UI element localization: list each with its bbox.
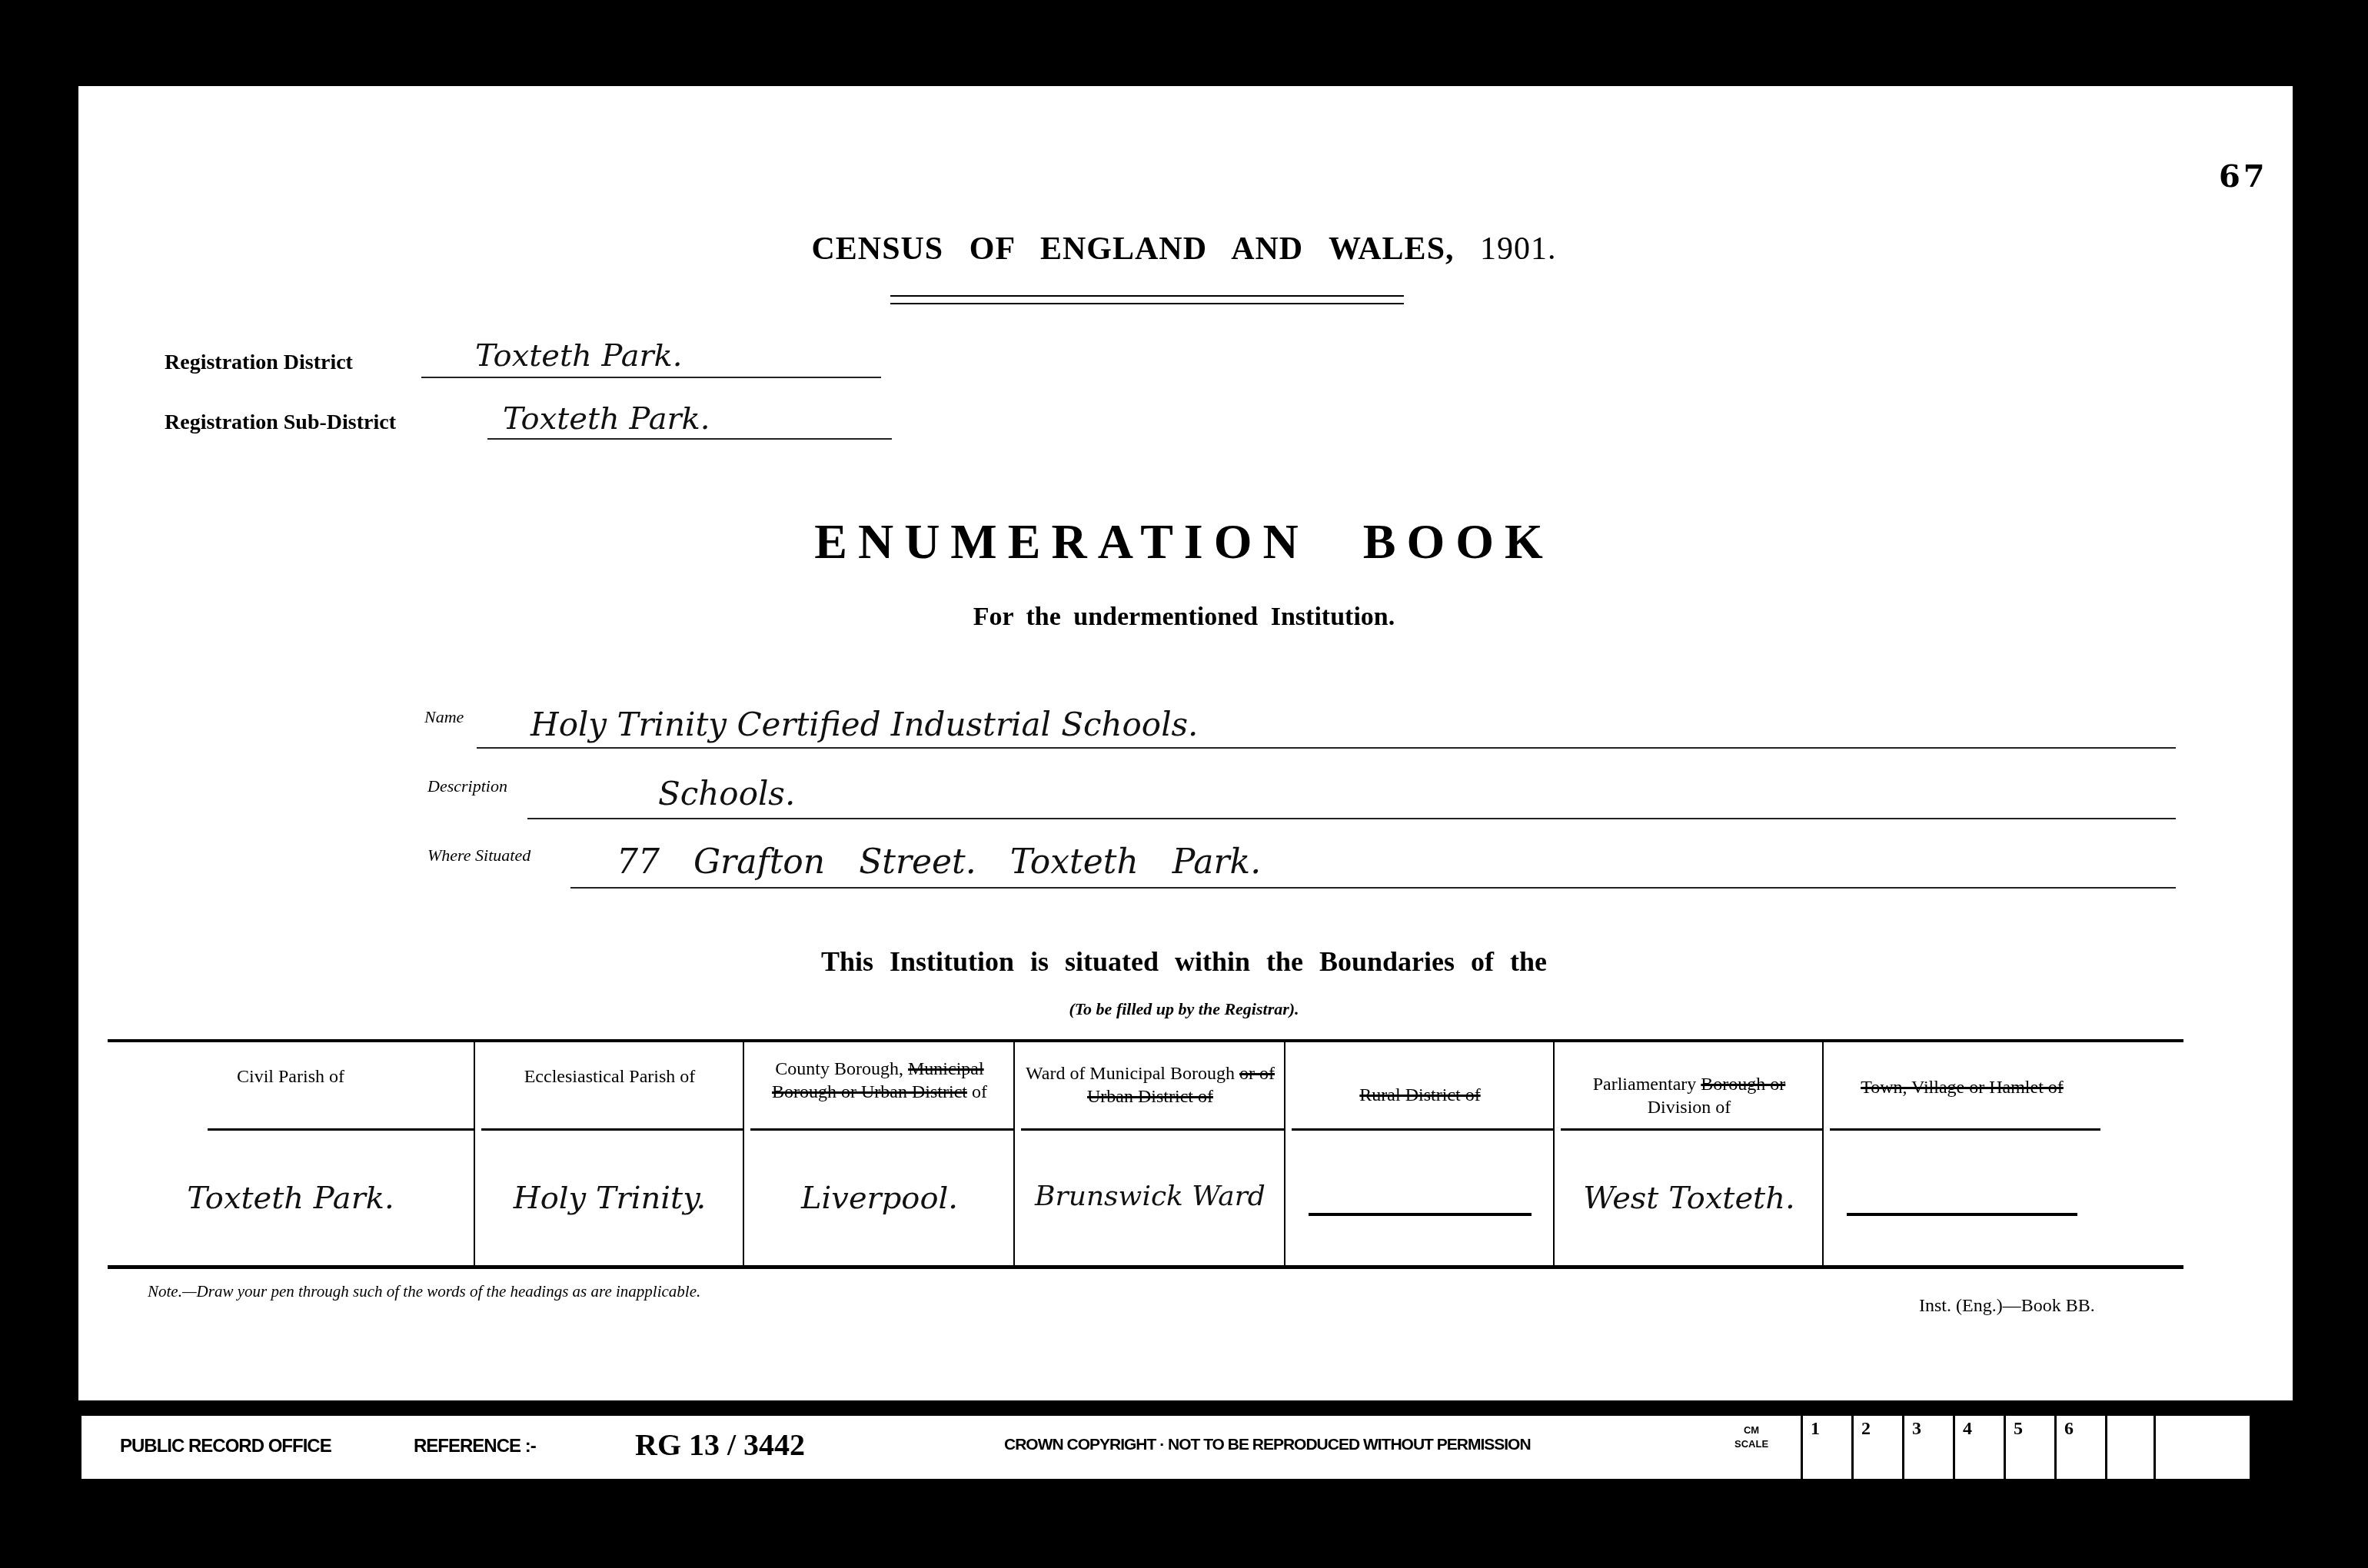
header-text: Civil Parish of: [237, 1067, 344, 1087]
table-column-rural-district: Rural District of: [1284, 1042, 1555, 1265]
column-rule: [481, 1128, 744, 1131]
table-column-parliamentary-division: Parliamentary Borough or Division of Wes…: [1553, 1042, 1824, 1265]
table-column-county-borough: County Borough, Municipal Borough or Urb…: [743, 1042, 1015, 1265]
column-header: Parliamentary Borough or Division of: [1562, 1073, 1816, 1119]
title-rule: [890, 295, 1404, 297]
table-column-ecclesiastical-parish: Ecclesiastical Parish of Holy Trinity.: [474, 1042, 744, 1265]
page-number: 67: [2219, 158, 2268, 194]
census-year: 1901.: [1480, 231, 1557, 267]
scale-mark-5: 5: [2004, 1416, 2054, 1479]
census-title: CENSUS OF ENGLAND AND WALES, 1901.: [0, 231, 2368, 267]
footer-reference-value: RG 13 / 3442: [635, 1427, 805, 1463]
scale-mark-4: 4: [1953, 1416, 2004, 1479]
footnote: Note.—Draw your pen through such of the …: [148, 1282, 700, 1301]
blank-dash: [1309, 1213, 1532, 1216]
header-struck-text: Town, Village or Hamlet of: [1861, 1078, 2064, 1098]
scale-mark-1: 1: [1801, 1416, 1851, 1479]
cm-label: CM: [1734, 1423, 1768, 1437]
column-header: Civil Parish of: [115, 1065, 466, 1088]
header-text: Ward of Municipal Borough: [1026, 1064, 1235, 1084]
header-struck-text: Rural District of: [1359, 1085, 1480, 1105]
registration-district-label: Registration District: [165, 350, 353, 375]
header-struck-text: Borough or: [1701, 1075, 1785, 1095]
column-rule: [1561, 1128, 1824, 1131]
scale-mark-3: 3: [1902, 1416, 1953, 1479]
table-column-ward: Ward of Municipal Borough or of Urban Di…: [1013, 1042, 1285, 1265]
footer-copyright: CROWN COPYRIGHT · NOT TO BE REPRODUCED W…: [1004, 1436, 1531, 1454]
civil-parish-value: Toxteth Park.: [108, 1181, 474, 1216]
column-rule: [1021, 1128, 1285, 1131]
institution-situated-line: 77 Grafton Street. Toxteth Park.: [570, 838, 2176, 889]
column-header: County Borough, Municipal Borough or Urb…: [752, 1058, 1007, 1104]
county-borough-value: Liverpool.: [744, 1181, 1015, 1216]
scale-label: SCALE: [1734, 1437, 1768, 1451]
column-header: Town, Village or Hamlet of: [1831, 1076, 2093, 1099]
boundaries-heading: This Institution is situated within the …: [0, 945, 2368, 978]
header-text: Parliamentary: [1593, 1075, 1697, 1095]
census-title-text: CENSUS OF ENGLAND AND WALES,: [812, 231, 1455, 267]
institution-description-line: Schools.: [527, 770, 2176, 819]
registration-district-value: Toxteth Park.: [475, 338, 683, 374]
cm-scale-label: CM SCALE: [1734, 1423, 1768, 1451]
title-rule: [890, 303, 1404, 304]
column-rule: [208, 1128, 474, 1131]
column-rule: [750, 1128, 1015, 1131]
archive-footer: PUBLIC RECORD OFFICE REFERENCE :- RG 13 …: [81, 1410, 2250, 1485]
header-tail-text: Division of: [1648, 1098, 1731, 1118]
institution-description-value: Schools.: [658, 775, 795, 812]
column-header: Rural District of: [1293, 1084, 1547, 1107]
header-text: Ecclesiastical Parish of: [524, 1067, 696, 1087]
institution-name-label: Name: [424, 707, 464, 727]
table-column-civil-parish: Civil Parish of Toxteth Park.: [108, 1042, 474, 1265]
registration-subdistrict-label: Registration Sub-District: [165, 410, 396, 435]
ecclesiastical-parish-value: Holy Trinity.: [475, 1181, 744, 1216]
footer-office: PUBLIC RECORD OFFICE: [120, 1436, 331, 1457]
column-rule: [1292, 1128, 1555, 1131]
table-column-town-village: Town, Village or Hamlet of: [1822, 1042, 2100, 1265]
registration-district-line: Toxteth Park.: [421, 338, 881, 378]
enumeration-book-subtitle: For the undermentioned Institution.: [0, 603, 2368, 632]
institution-situated-value: 77 Grafton Street. Toxteth Park.: [617, 842, 1261, 882]
registration-subdistrict-line: Toxteth Park.: [487, 400, 892, 440]
registration-subdistrict-value: Toxteth Park.: [503, 401, 710, 437]
footer-reference-label: REFERENCE :-: [414, 1436, 536, 1457]
header-text: County Borough,: [775, 1059, 903, 1079]
ward-value: Brunswick Ward: [1015, 1181, 1285, 1212]
scale-end: [2105, 1416, 2156, 1479]
parliamentary-division-value: West Toxteth.: [1555, 1181, 1824, 1216]
institution-situated-label: Where Situated: [427, 845, 530, 865]
institution-description-label: Description: [427, 776, 507, 796]
scale-mark-2: 2: [1851, 1416, 1902, 1479]
book-reference: Inst. (Eng.)—Book BB.: [1919, 1296, 2095, 1317]
scale-mark-6: 6: [2054, 1416, 2105, 1479]
institution-name-line: Holy Trinity Certified Industrial School…: [477, 706, 2176, 749]
column-header: Ward of Municipal Borough or of Urban Di…: [1023, 1062, 1278, 1108]
header-tail-text: of: [972, 1082, 987, 1102]
blank-dash: [1847, 1213, 2077, 1216]
registrar-note: (To be filled up by the Registrar).: [0, 999, 2368, 1019]
boundaries-table: Civil Parish of Toxteth Park. Ecclesiast…: [108, 1039, 2183, 1269]
column-rule: [1830, 1128, 2100, 1131]
institution-name-value: Holy Trinity Certified Industrial School…: [530, 706, 1198, 743]
column-header: Ecclesiastical Parish of: [483, 1065, 737, 1088]
enumeration-book-title: ENUMERATION BOOK: [0, 513, 2368, 570]
